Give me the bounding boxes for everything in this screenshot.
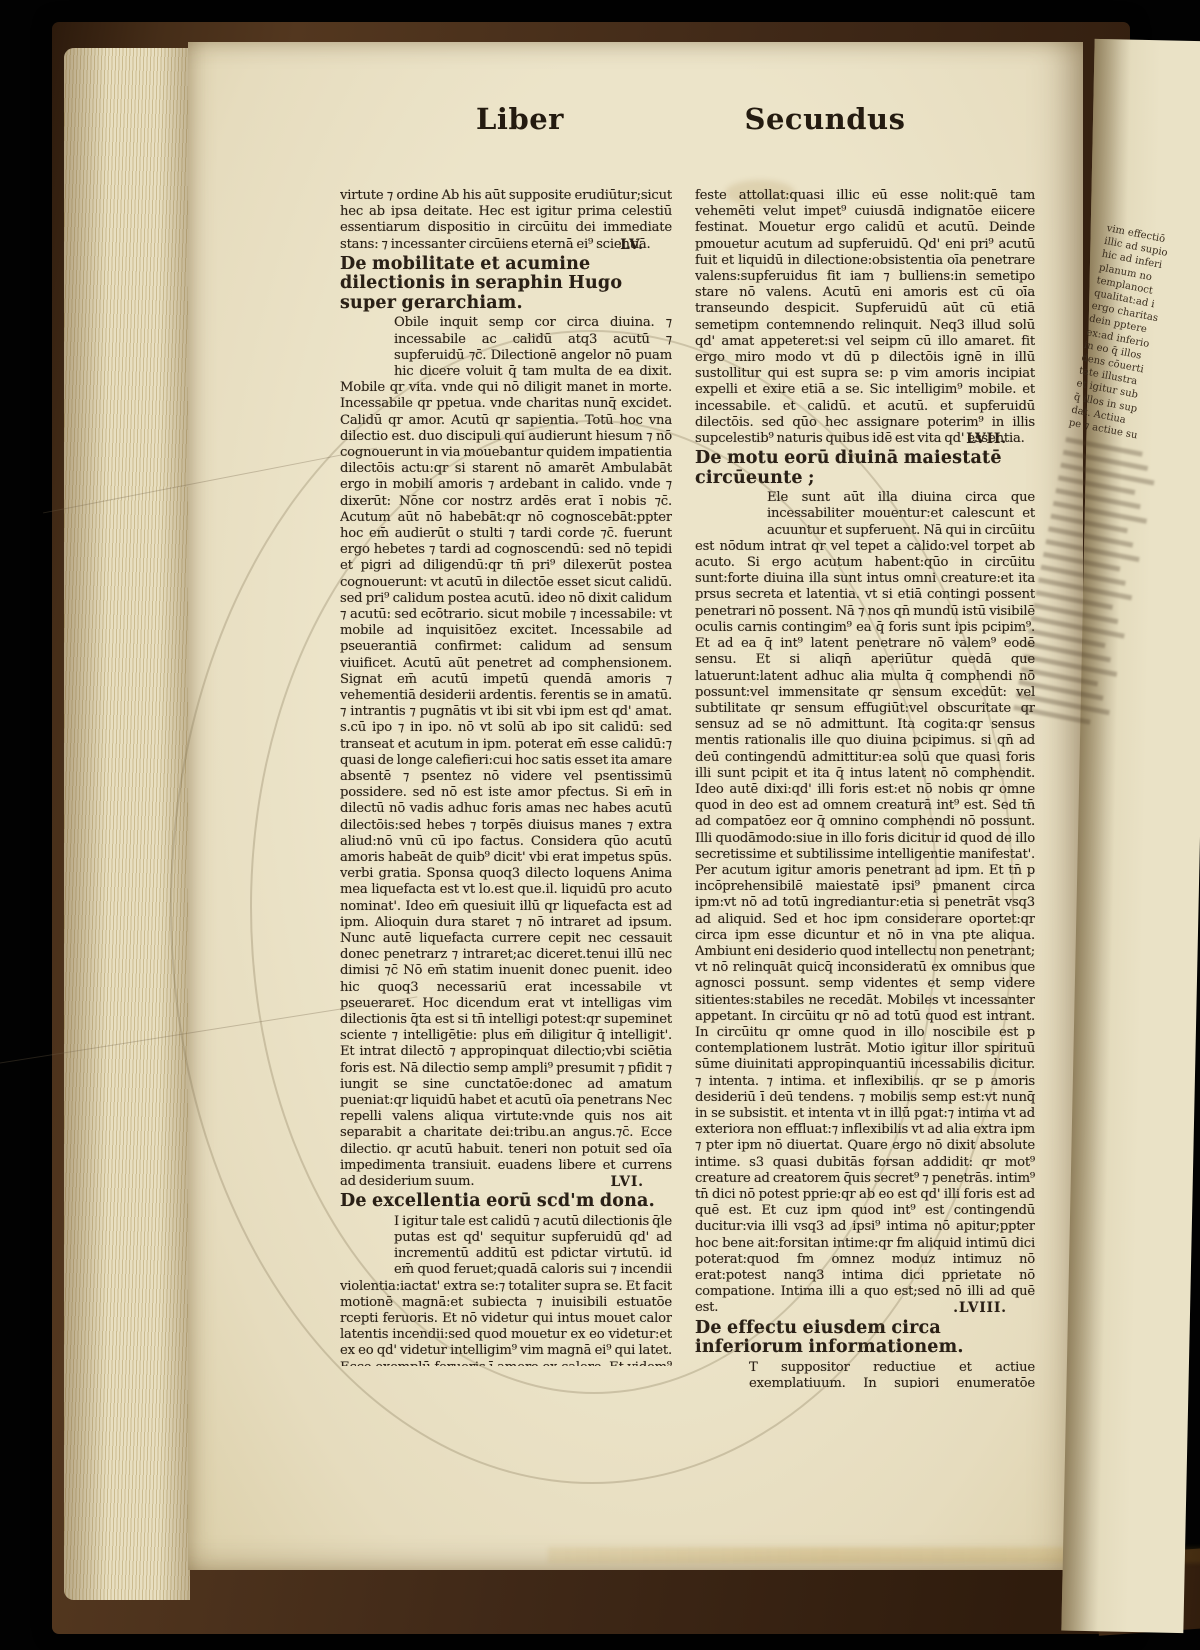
chapter-number: .LVIII.: [695, 1300, 1035, 1316]
chapter-heading: De motu eorū diuinā maiestatē circūeunte…: [695, 449, 1035, 488]
running-header-secundus: Secundus: [740, 102, 910, 136]
paragraph: T suppositor reductiue et actiue exempla…: [695, 1360, 1035, 1388]
paragraph: Ele sunt aūt illa diuina circa que inces…: [695, 490, 1035, 1316]
text-column-left: virtute ⁊ ordine Ab his aūt supposite er…: [340, 188, 672, 1366]
dropcap-space: [340, 1214, 394, 1263]
paragraph: Obile inquit semp cor circa diuina. ⁊ in…: [340, 315, 672, 1190]
page-stack-fore-edge: [64, 48, 190, 1600]
paragraph: I igitur tale est calidū ⁊ acutū dilecti…: [340, 1214, 672, 1366]
chapter-heading: De excellentia eorū scd'm dona.: [340, 1192, 672, 1212]
dropcap-space: [340, 315, 394, 364]
running-header-liber: Liber: [460, 102, 580, 136]
photo-of-open-book: Liber Secundus virtute ⁊ ordine Ab his a…: [0, 0, 1200, 1650]
page-recto: Liber Secundus virtute ⁊ ordine Ab his a…: [188, 42, 1083, 1570]
chapter-heading: De effectu eiusdem circa inferiorum info…: [695, 1319, 1035, 1358]
chapter-heading: De mobilitate et acumine dilectionis in …: [340, 255, 672, 314]
dropcap-space: [695, 1360, 749, 1388]
dropcap-space: [695, 490, 767, 523]
text-column-right: feste attollat:quasi illic eū esse nolit…: [695, 188, 1035, 1388]
paragraph: feste attollat:quasi illic eū esse nolit…: [695, 188, 1035, 447]
